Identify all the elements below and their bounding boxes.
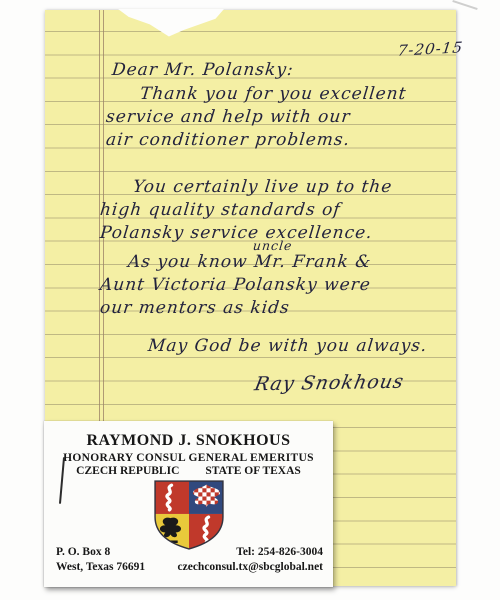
torn-notch <box>118 9 224 37</box>
signature: Ray Snokhous <box>253 371 407 396</box>
czech-coat-of-arms-icon <box>44 480 333 550</box>
card-region: CZECH REPUBLICSTATE OF TEXAS <box>44 465 333 477</box>
note-line: Dear Mr. Polansky: <box>111 60 295 80</box>
note-line: Polansky service excellence. <box>99 223 374 243</box>
card-region-right: STATE OF TEXAS <box>205 465 300 477</box>
card-name: RAYMOND J. SNOKHOUS <box>44 432 333 450</box>
note-line: You certainly live up to the <box>132 177 393 197</box>
business-card: RAYMOND J. SNOKHOUS HONORARY CONSUL GENE… <box>44 421 333 587</box>
note-line: our mentors as kids <box>99 298 291 318</box>
card-title: HONORARY CONSUL GENERAL EMERITUS <box>44 452 333 464</box>
note-line: Aunt Victoria Polansky were <box>99 275 372 295</box>
card-city: West, Texas 76691 <box>56 560 145 576</box>
card-phone: Tel: 254-826-3004 <box>178 545 324 561</box>
card-po-box: P. O. Box 8 <box>56 545 145 561</box>
note-line: Thank you for you excellent <box>139 84 408 104</box>
card-email: czechconsul.tx@sbcglobal.net <box>178 560 324 576</box>
scan-artifact <box>452 0 477 10</box>
card-footer: P. O. Box 8 West, Texas 76691 Tel: 254-8… <box>56 545 323 576</box>
note-line: May God be with you always. <box>147 336 428 356</box>
handwritten-date: 7-20-15 <box>397 38 465 59</box>
note-line: air conditioner problems. <box>105 130 351 150</box>
note-line: service and help with our <box>105 107 352 127</box>
note-insertion: uncle <box>252 238 293 253</box>
note-line: high quality standards of <box>99 200 342 220</box>
card-region-left: CZECH REPUBLIC <box>76 465 179 477</box>
note-line: As you know Mr. Frank & <box>127 252 372 272</box>
